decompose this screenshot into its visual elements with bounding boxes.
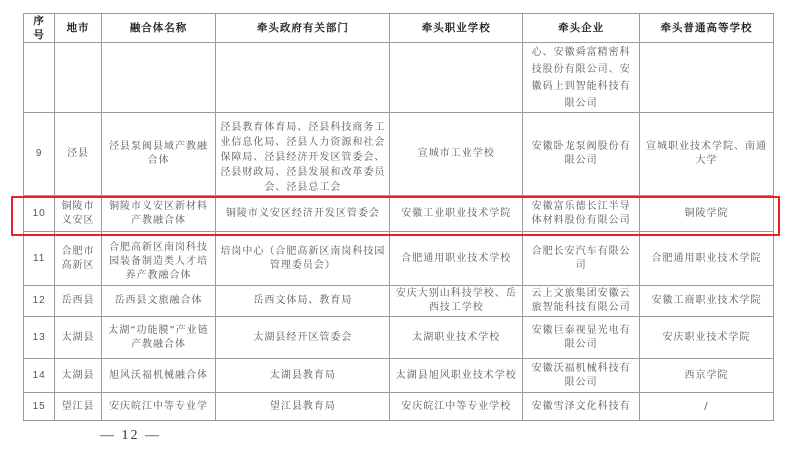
cell-vocational-school: 安庆皖江中等专业学校: [390, 393, 523, 421]
header-gov-dept: 牵头政府有关部门: [216, 14, 390, 43]
cell-enterprise: 安徽卧龙泵阀股份有限公司: [523, 113, 640, 196]
cell-enterprise: 安徽巨泰视显光电有限公司: [523, 317, 640, 359]
cell-city: 泾县: [55, 113, 101, 196]
table-header-row: 序号 地市 融合体名称 牵头政府有关部门 牵头职业学校 牵头企业 牵头普通高等学…: [24, 14, 774, 43]
cell-index: 12: [24, 286, 55, 317]
cell-gov-dept: 太湖县经开区管委会: [216, 317, 390, 359]
cell-city: [55, 43, 101, 113]
cell-enterprise: 合肥长安汽车有限公司: [523, 232, 640, 286]
cell-index: 9: [24, 113, 55, 196]
page-number: — 12 —: [100, 428, 161, 444]
cell-city: 太湖县: [55, 359, 101, 393]
cell-fusion-name: 旭风沃福机械融合体: [101, 359, 216, 393]
cell-vocational-school: 太湖职业技术学校: [390, 317, 523, 359]
cell-fusion-name: 太湖“功能膜”产业链产教融合体: [101, 317, 216, 359]
cell-university: /: [639, 393, 773, 421]
cell-gov-dept: 泾县教育体育局、泾县科技商务工业信息化局、泾县人力资源和社会保障局、泾县经济开发…: [216, 113, 390, 196]
table-row: 心、安徽舜富精密科技股份有限公司、安徽码上到智能科技有限公司: [24, 43, 774, 113]
cell-gov-dept: 培岗中心（合肥高新区南岗科技园管理委员会）: [216, 232, 390, 286]
cell-gov-dept: 太湖县教育局: [216, 359, 390, 393]
cell-university: 西京学院: [639, 359, 773, 393]
cell-gov-dept: [216, 43, 390, 113]
cell-university: 安徽工商职业技术学院: [639, 286, 773, 317]
cell-enterprise: 安徽雪泽文化科技有: [523, 393, 640, 421]
cell-vocational-school: [390, 43, 523, 113]
cell-index: 15: [24, 393, 55, 421]
cell-university: 合肥通用职业技术学院: [639, 232, 773, 286]
cell-enterprise: 安徽沃福机械科技有限公司: [523, 359, 640, 393]
table-row: 15 望江县 安庆皖江中等专业学 望江县教育局 安庆皖江中等专业学校 安徽雪泽文…: [24, 393, 774, 421]
cell-city: 岳西县: [55, 286, 101, 317]
cell-index: 13: [24, 317, 55, 359]
cell-enterprise: 心、安徽舜富精密科技股份有限公司、安徽码上到智能科技有限公司: [523, 43, 640, 113]
table-row: 13 太湖县 太湖“功能膜”产业链产教融合体 太湖县经开区管委会 太湖职业技术学…: [24, 317, 774, 359]
table-row: 11 合肥市高新区 合肥高新区南岗科技园装备制造类人才培养产教融合体 培岗中心（…: [24, 232, 774, 286]
table-row-highlighted: 10 铜陵市义安区 铜陵市义安区新材料产教融合体 铜陵市义安区经济开发区管委会 …: [24, 196, 774, 232]
cell-city: 合肥市高新区: [55, 232, 101, 286]
cell-gov-dept: 岳西文体局、教育局: [216, 286, 390, 317]
cell-fusion-name: 岳西县文旅融合体: [101, 286, 216, 317]
cell-index: 11: [24, 232, 55, 286]
cell-index: 10: [24, 196, 55, 232]
cell-vocational-school: 宣城市工业学校: [390, 113, 523, 196]
header-city: 地市: [55, 14, 101, 43]
table-row: 9 泾县 泾县泵阀县域产教融合体 泾县教育体育局、泾县科技商务工业信息化局、泾县…: [24, 113, 774, 196]
cell-city: 铜陵市义安区: [55, 196, 101, 232]
cell-city: 太湖县: [55, 317, 101, 359]
table-row: 12 岳西县 岳西县文旅融合体 岳西文体局、教育局 安庆大别山科技学校、岳西技工…: [24, 286, 774, 317]
header-vocational-school: 牵头职业学校: [390, 14, 523, 43]
cell-fusion-name: 泾县泵阀县域产教融合体: [101, 113, 216, 196]
cell-gov-dept: 望江县教育局: [216, 393, 390, 421]
cell-index: 14: [24, 359, 55, 393]
header-fusion-name: 融合体名称: [101, 14, 216, 43]
cell-fusion-name: 铜陵市义安区新材料产教融合体: [101, 196, 216, 232]
header-university: 牵头普通高等学校: [639, 14, 773, 43]
cell-enterprise: 安徽富乐德长江半导体材料股份有限公司: [523, 196, 640, 232]
cell-index: [24, 43, 55, 113]
cell-gov-dept: 铜陵市义安区经济开发区管委会: [216, 196, 390, 232]
cell-fusion-name: 合肥高新区南岗科技园装备制造类人才培养产教融合体: [101, 232, 216, 286]
cell-fusion-name: [101, 43, 216, 113]
cell-university: 宣城职业技术学院、南通大学: [639, 113, 773, 196]
cell-vocational-school: 安徽工业职业技术学院: [390, 196, 523, 232]
header-index: 序号: [24, 14, 55, 43]
fusion-body-table: 序号 地市 融合体名称 牵头政府有关部门 牵头职业学校 牵头企业 牵头普通高等学…: [23, 13, 774, 421]
table-row: 14 太湖县 旭风沃福机械融合体 太湖县教育局 太湖县旭风职业技术学校 安徽沃福…: [24, 359, 774, 393]
cell-vocational-school: 合肥通用职业技术学校: [390, 232, 523, 286]
cell-university: 安庆职业技术学院: [639, 317, 773, 359]
cell-vocational-school: 安庆大别山科技学校、岳西技工学校: [390, 286, 523, 317]
cell-university: 铜陵学院: [639, 196, 773, 232]
header-enterprise: 牵头企业: [523, 14, 640, 43]
cell-city: 望江县: [55, 393, 101, 421]
cell-enterprise: 云上文旅集团安徽云旅智能科技有限公司: [523, 286, 640, 317]
cell-university: [639, 43, 773, 113]
cell-fusion-name: 安庆皖江中等专业学: [101, 393, 216, 421]
cell-vocational-school: 太湖县旭风职业技术学校: [390, 359, 523, 393]
